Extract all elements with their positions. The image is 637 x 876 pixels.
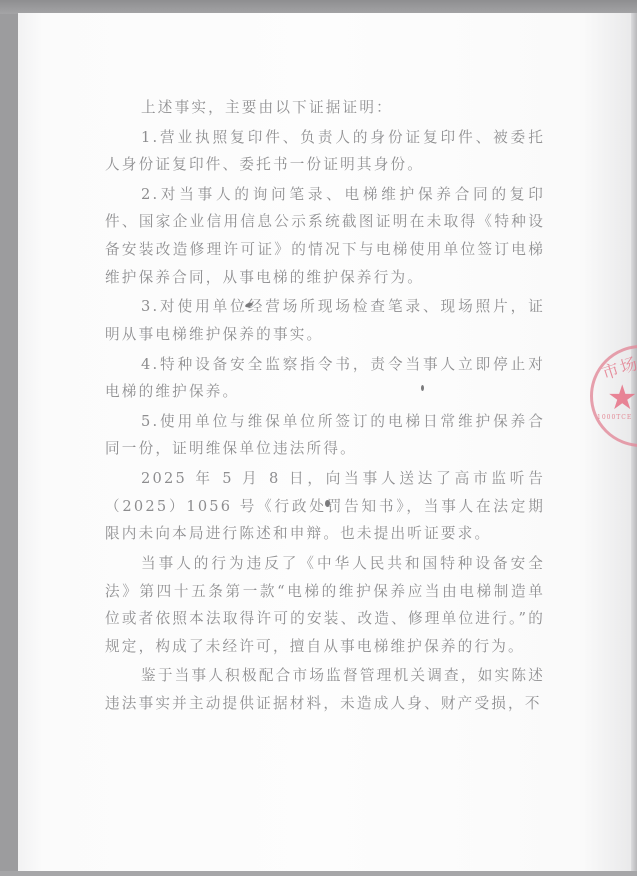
violation-paragraph: 当事人的行为违反了《中华人民共和国特种设备安全法》第四十五条第一款“电梯的维护保… (105, 550, 545, 661)
evidence-item-5: 5.使用单位与维保单位所签订的电梯日常维护保养合同一份，证明维保单位违法所得。 (105, 408, 545, 463)
evidence-item-4: 4.特种设备安全监察指令书，责令当事人立即停止对电梯的维护保养。 (105, 351, 545, 406)
scan-mark (325, 500, 330, 507)
evidence-item-2: 2.对当事人的询问笔录、电梯维护保养合同的复印件、国家企业信用信息公示系统截图证… (105, 181, 545, 292)
notice-paragraph: 2025 年 5 月 8 日，向当事人送达了高市监听告（2025）1056 号《… (105, 465, 545, 548)
evidence-item-1: 1.营业执照复印件、负责人的身份证复印件、被委托人身份证复印件、委托书一份证明其… (105, 124, 545, 179)
mitigation-paragraph: 鉴于当事人积极配合市场监督管理机关调查，如实陈述违法事实并主动提供证据材料，未造… (105, 662, 545, 717)
evidence-intro: 上述事实，主要由以下证据证明： (105, 94, 545, 122)
evidence-item-3: 3.对使用单位经营场所现场检查笔录、现场照片，证明从事电梯维护保养的事实。 (105, 293, 545, 348)
scanner-border-bottom (0, 871, 637, 876)
star-icon: ★ (607, 378, 637, 418)
scan-mark (421, 385, 424, 391)
scanner-border-top (0, 0, 637, 14)
document-body: 上述事实，主要由以下证据证明： 1.营业执照复印件、负责人的身份证复印件、被委托… (105, 94, 545, 720)
seal-code: 1000TCE (597, 414, 632, 421)
